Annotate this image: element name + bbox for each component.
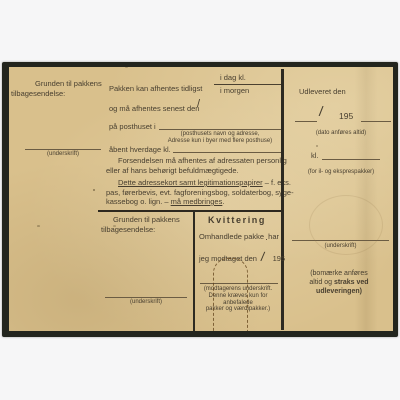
paper-speck	[316, 145, 318, 147]
open-hours-label: åbent hverdage kl.	[109, 145, 171, 155]
time-blank-line	[322, 159, 380, 160]
today-tomorrow-fraction: i dag kl. i morgen	[214, 73, 281, 95]
date-slash: /	[197, 100, 200, 110]
post-office-blank-line	[159, 129, 281, 130]
paper-speck	[93, 189, 95, 191]
return-reason-label: Grunden til pakkens tilbagesendelse:	[11, 79, 105, 98]
paper-speck	[37, 225, 40, 227]
scanned-parcel-card: Grunden til pakkens tilbagesendelse: (un…	[2, 62, 398, 337]
delivered-label: Udleveret den	[299, 87, 346, 97]
dashed-pencil-mark	[213, 258, 248, 331]
delivered-day-blank	[295, 121, 317, 122]
date-note: (dato anføres altid)	[295, 130, 387, 137]
express-note: (for il- og eksprespakker)	[291, 169, 391, 176]
mark-note: (bomærke anføres altid og straks ved udl…	[287, 270, 391, 296]
signature-blank-line	[25, 149, 101, 150]
signature-caption-lower: (underskrift)	[105, 299, 187, 306]
faint-stamp-impression	[309, 195, 383, 255]
delivered-year-blank	[361, 121, 391, 122]
post-office-label: på posthuset i	[109, 122, 156, 132]
delivered-year: 195	[339, 112, 353, 122]
bring-documents-paragraph: Dette adressekort samt legitimationspapi…	[106, 178, 282, 207]
post-office-note: (posthusets navn og adresse, Adresse kun…	[157, 131, 283, 145]
open-hours-blank-line	[173, 152, 281, 153]
receipt-table-top-rule	[98, 210, 282, 212]
pickup-latest-label: og må afhentes senest den	[109, 104, 199, 114]
signature-blank-line-lower	[105, 297, 187, 298]
date-slash: /	[260, 250, 265, 263]
delivered-date-slash: /	[319, 107, 324, 117]
receipt-title: Kvittering	[193, 216, 281, 226]
time-label: kl.	[311, 151, 319, 161]
paper: Grunden til pakkens tilbagesendelse: (un…	[9, 67, 393, 331]
receipt-line-package: Omhandlede pakke har	[199, 232, 279, 242]
paper-speck	[125, 67, 128, 68]
pickup-earliest-label: Pakken kan afhentes tidligst	[109, 84, 202, 94]
signature-caption: (underskrift)	[25, 151, 101, 158]
paper-speck	[113, 225, 116, 227]
personal-pickup-paragraph: Forsendelsen må afhentes af adressaten p…	[106, 156, 282, 175]
